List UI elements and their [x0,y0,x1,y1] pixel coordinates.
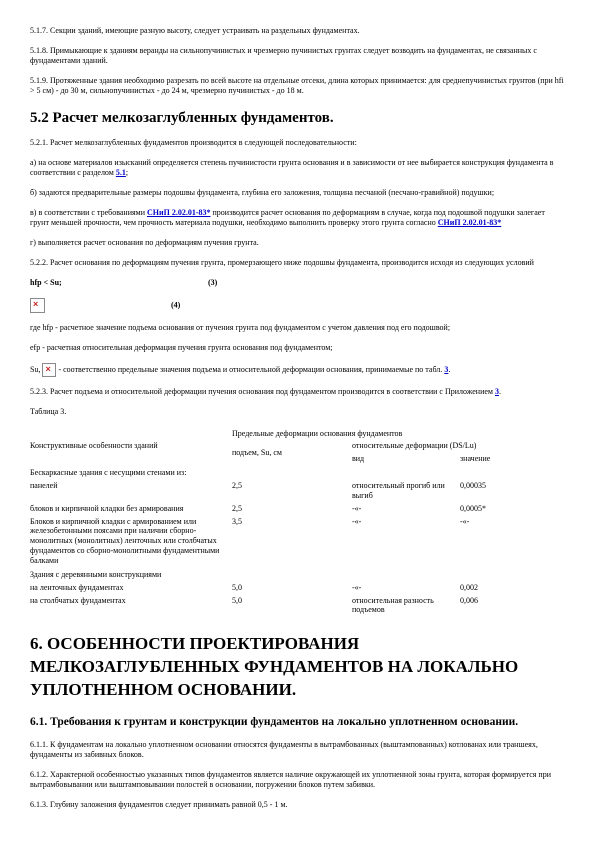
table-cell: Здания с деревянными конструкциями [30,567,561,581]
definition-hfp: где hfp - расчетное значение подъема осн… [30,323,565,333]
table-cell: относительная разность подъемов [352,594,460,617]
section-6-heading: 6. ОСОБЕННОСТИ ПРОЕКТИРОВАНИЯ МЕЛКОЗАГЛУ… [30,632,565,701]
table-header-cell: Предельные деформации основания фундамен… [232,427,561,440]
table-cell: 5,0 [232,594,352,617]
paragraph-6-1-3: 6.1.3. Глубину заложения фундаментов сле… [30,800,565,810]
table-cell: 0,0005* [460,502,561,515]
table-group-row: Здания с деревянными конструкциями [30,567,561,581]
table-group-row: Бескаркасные здания с несущими стенами и… [30,465,561,479]
paragraph-text: Su, [30,365,42,374]
table-row: на столбчатых фундаментах5,0относительна… [30,594,561,617]
paragraph-5-2-3: 5.2.3. Расчет подъема и относительной де… [30,387,565,397]
formula-3-number: (3) [208,278,217,287]
formula-3-row: hfp < Su;(3) [30,278,565,288]
table-cell: блоков и кирпичной кладки без армировани… [30,502,232,515]
paragraph-5-1-9: 5.1.9. Протяженные здания необходимо раз… [30,76,565,96]
broken-image-icon: × [30,298,45,313]
table-header-cell: значение [460,453,561,466]
link-section-5-1[interactable]: 5.1 [116,168,126,177]
link-snip-2-02-01-83[interactable]: СНиП 2.02.01-83* [147,208,211,217]
formula-3-expression: hfp < Su; [30,278,208,288]
paragraph-5-1-7: 5.1.7. Секции зданий, имеющие разную выс… [30,26,565,36]
paragraph-text: 5.2.3. Расчет подъема и относительной де… [30,387,495,396]
paragraph-5-1-8: 5.1.8. Примыкающие к зданиям веранды на … [30,46,565,66]
table-row: Блоков и кирпичной кладки с армированием… [30,515,561,567]
table-cell: панелей [30,480,232,503]
table-cell: 0,006 [460,594,561,617]
table-header-cell: подъем, Su, см [232,440,352,466]
table-caption: Таблица 3. [30,407,565,417]
table-row: панелей2,5относительный прогиб или выгиб… [30,480,561,503]
paragraph-text: - соответственно предельные значения под… [56,365,444,374]
paragraph-text: в) в соответствии с требованиями [30,208,147,217]
paragraph-5-2-1-a: а) на основе материалов изысканий опреде… [30,158,565,178]
formula-4-row: ×(4) [30,298,565,313]
paragraph-5-2-1-g: г) выполняется расчет основания по дефор… [30,238,565,248]
table-cell: относительный прогиб или выгиб [352,480,460,503]
table-cell: Блоков и кирпичной кладки с армированием… [30,515,232,567]
table-cell: 0,002 [460,581,561,594]
definition-su: Su, × - соответственно предельные значен… [30,363,565,377]
table-cell: на столбчатых фундаментах [30,594,232,617]
deformation-limits-table: Конструктивные особенности зданийПредель… [30,427,561,617]
table-header-row: Конструктивные особенности зданийПредель… [30,427,561,440]
table-row: блоков и кирпичной кладки без армировани… [30,502,561,515]
paragraph-5-2-1-b: б) задаются предварительные размеры подо… [30,188,565,198]
definition-efp: efp - расчетная относительная деформация… [30,343,565,353]
table-cell: -«- [352,502,460,515]
broken-image-x-icon: × [31,298,44,310]
table-cell: на ленточных фундаментах [30,581,232,594]
table-cell: 2,5 [232,480,352,503]
table-cell: -«- [460,515,561,567]
table-cell: -«- [352,581,460,594]
section-6-1-heading: 6.1. Требования к грунтам и конструкции … [30,715,565,730]
paragraph-6-1-2: 6.1.2. Характерной особенностью указанны… [30,770,565,790]
table-header-cell: Конструктивные особенности зданий [30,427,232,465]
paragraph-5-2-1: 5.2.1. Расчет мелкозаглубленных фундамен… [30,138,565,148]
formula-4-number: (4) [171,300,180,309]
table-row: на ленточных фундаментах5,0-«-0,002 [30,581,561,594]
paragraph-text: а) на основе материалов изысканий опреде… [30,158,554,177]
broken-image-icon: × [42,363,56,377]
paragraph-text: . [499,387,501,396]
paragraph-5-2-2: 5.2.2. Расчет основания по деформациям п… [30,258,565,268]
table-cell: 0,00035 [460,480,561,503]
table-cell: Бескаркасные здания с несущими стенами и… [30,465,561,479]
document-page: 5.1.7. Секции зданий, имеющие разную выс… [0,0,595,842]
table-cell: 3,5 [232,515,352,567]
paragraph-text: . [448,365,450,374]
paragraph-5-2-1-v: в) в соответствии с требованиями СНиП 2.… [30,208,565,228]
paragraph-6-1-1: 6.1.1. К фундаментам на локально уплотне… [30,740,565,760]
table-header-cell: вид [352,453,460,466]
broken-image-x-icon: × [43,363,55,375]
table-cell: 5,0 [232,581,352,594]
table-cell: 2,5 [232,502,352,515]
paragraph-text: ; [126,168,128,177]
section-5-2-heading: 5.2 Расчет мелкозаглубленных фундаментов… [30,109,565,128]
link-snip-2-02-01-83[interactable]: СНиП 2.02.01-83* [438,218,502,227]
table-header-cell: относительные деформации (DS/Lu) [352,440,561,453]
table-cell: -«- [352,515,460,567]
